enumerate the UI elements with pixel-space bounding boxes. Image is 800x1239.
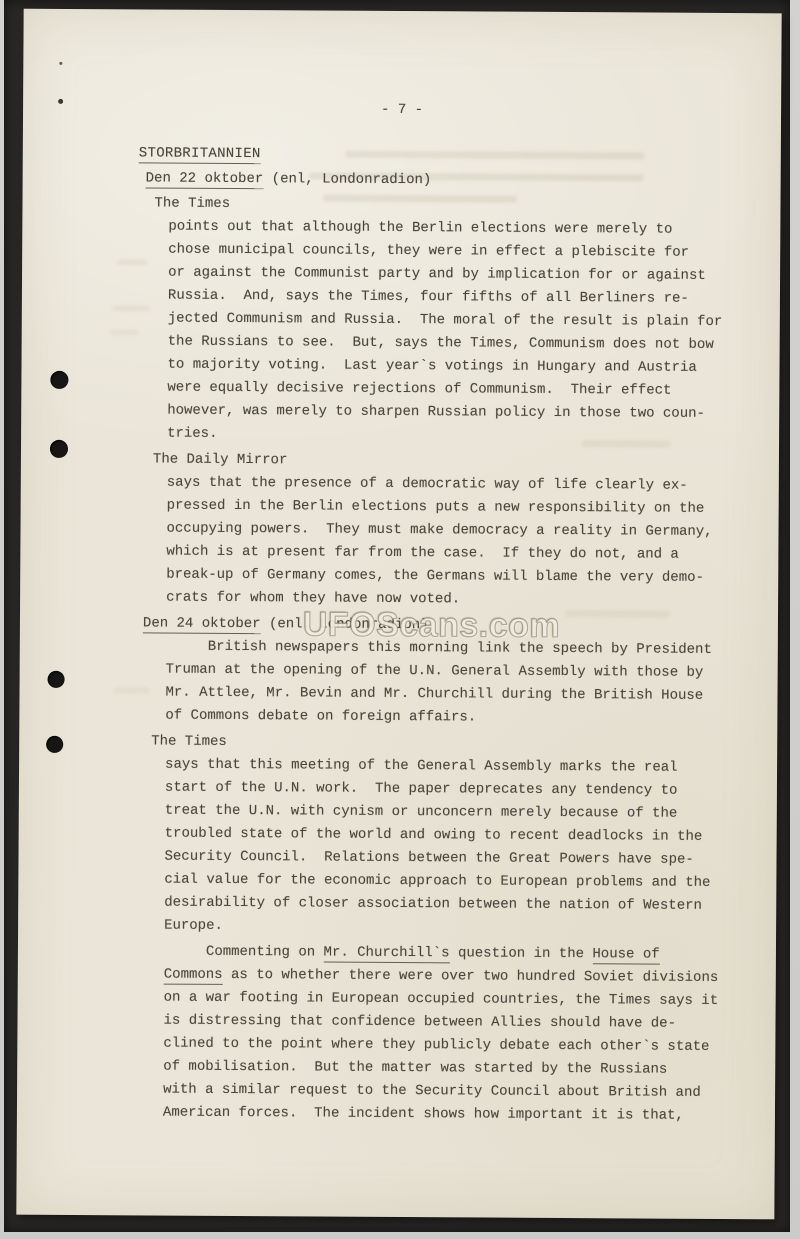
underlined-text: House of: [592, 946, 659, 964]
text-line: Europe.: [164, 915, 776, 942]
paragraph: points out that although the Berlin elec…: [167, 216, 780, 450]
paragraph: says that this meeting of the General As…: [164, 754, 777, 942]
paragraph: says that the presence of a democratic w…: [166, 472, 779, 614]
underlined-text: Den 22 oktober: [146, 170, 264, 189]
section-heading: STORBRITANNIEN: [139, 142, 781, 169]
text-line: Den 22 oktober (enl, Londonradion): [146, 167, 781, 194]
text-line: American forces. The incident shows how …: [163, 1102, 775, 1129]
text-line: tries.: [167, 423, 779, 450]
paragraph: British newspapers this morning link the…: [165, 636, 778, 732]
underlined-text: Den 24 oktober: [143, 615, 261, 634]
paragraph: Commenting on Mr. Churchill`s question i…: [163, 941, 776, 1129]
text-line: desirability of closer association betwe…: [164, 892, 776, 919]
scanner-background: - 7 -STORBRITANNIENDen 22 oktober (enl, …: [0, 0, 800, 1239]
date-heading: Den 22 oktober (enl, Londonradion): [146, 167, 781, 194]
text-line: however, was merely to sharpen Russian p…: [167, 400, 779, 427]
text-line: - 7 -: [23, 97, 781, 125]
page-number: - 7 -: [23, 97, 781, 125]
text-line: of Commons debate on foreign affairs.: [165, 705, 777, 732]
watermark: UFOScans.com: [303, 605, 561, 646]
text-line: STORBRITANNIEN: [139, 142, 781, 169]
document-page: - 7 -STORBRITANNIENDen 22 oktober (enl, …: [16, 9, 781, 1220]
underlined-text: Commons: [164, 967, 223, 985]
underlined-text: STORBRITANNIEN: [139, 145, 261, 164]
underlined-text: Mr. Churchill`s: [324, 945, 450, 964]
